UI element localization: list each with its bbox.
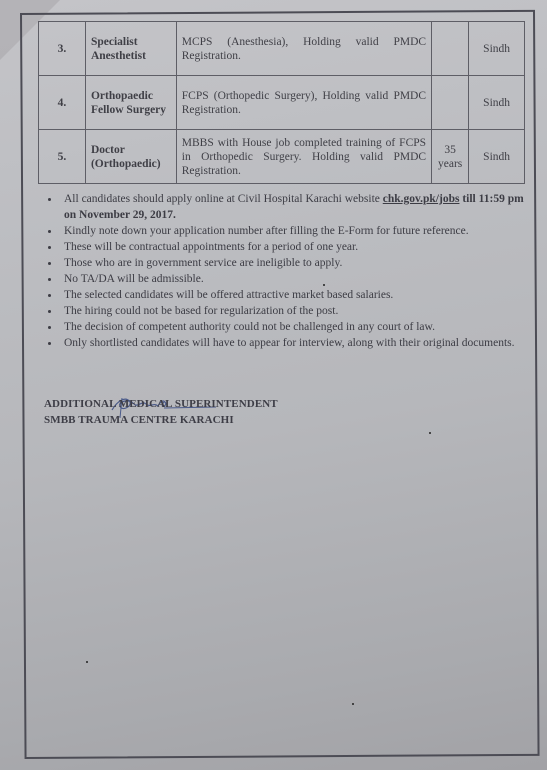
signatory-title: ADDITIONAL MEDICAL SUPERINTENDENT: [44, 396, 278, 412]
signatory-organization: SMBB TRAUMA CENTRE KARACHI: [44, 412, 278, 428]
note-item: No TA/DA will be admissible.: [60, 271, 530, 287]
qualification-cell: MBBS with House job completed training o…: [176, 130, 431, 184]
domicile-cell: Sindh: [469, 22, 525, 76]
note-item: Only shortlisted candidates will have to…: [60, 335, 530, 351]
age-cell: 35 years: [432, 130, 469, 184]
age-cell: [432, 76, 469, 130]
note-apply-online: All candidates should apply online at Ci…: [60, 191, 530, 223]
note-item: Kindly note down your application number…: [60, 223, 530, 239]
post-name-cell: Doctor (Orthopaedic): [85, 130, 176, 184]
signatory-block: ADDITIONAL MEDICAL SUPERINTENDENT SMBB T…: [44, 396, 278, 428]
note-item: The hiring could not be based for regula…: [60, 303, 530, 319]
serial-number-cell: 4.: [39, 76, 86, 130]
qualification-cell: MCPS (Anesthesia), Holding valid PMDC Re…: [176, 22, 431, 76]
table-row: 3.Specialist AnesthetistMCPS (Anesthesia…: [39, 22, 525, 76]
note-item: These will be contractual appointments f…: [60, 239, 530, 255]
note-item: Those who are in government service are …: [60, 255, 530, 271]
paper-speck: [86, 661, 88, 663]
paper-speck: [429, 432, 431, 434]
instructions-list: All candidates should apply online at Ci…: [38, 191, 530, 351]
domicile-cell: Sindh: [469, 130, 525, 184]
domicile-cell: Sindh: [469, 76, 525, 130]
paper-speck: [323, 284, 325, 286]
table-row: 5.Doctor (Orthopaedic)MBBS with House jo…: [39, 130, 525, 184]
serial-number-cell: 5.: [39, 130, 86, 184]
age-cell: [432, 22, 469, 76]
post-name-cell: Specialist Anesthetist: [85, 22, 176, 76]
post-name-cell: Orthopaedic Fellow Surgery: [85, 76, 176, 130]
note-item: The selected candidates will be offered …: [60, 287, 530, 303]
note-item: The decision of competent authority coul…: [60, 319, 530, 335]
paper-speck: [352, 703, 354, 705]
table-row: 4.Orthopaedic Fellow SurgeryFCPS (Orthop…: [39, 76, 525, 130]
website-link[interactable]: chk.gov.pk/jobs: [383, 193, 460, 205]
serial-number-cell: 3.: [39, 22, 86, 76]
posts-table: 3.Specialist AnesthetistMCPS (Anesthesia…: [38, 21, 525, 184]
document-page: 3.Specialist AnesthetistMCPS (Anesthesia…: [0, 0, 547, 770]
qualification-cell: FCPS (Orthopedic Surgery), Holding valid…: [176, 76, 431, 130]
